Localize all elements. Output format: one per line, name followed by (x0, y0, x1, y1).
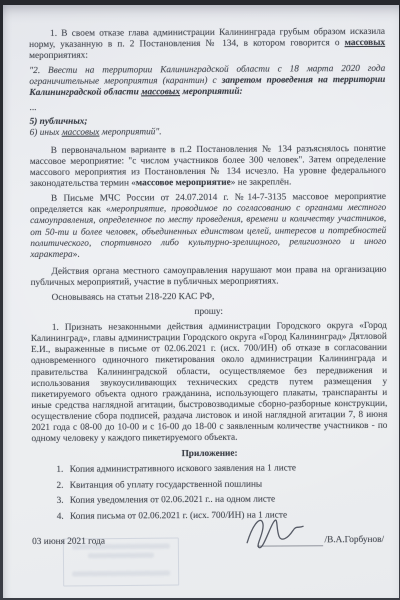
quote-bold-text: мероприятий: (180, 87, 243, 97)
paragraph-text: » не закреплён. (231, 178, 292, 188)
attachment-item: Копия письма от 02.06.2021 г. (исх. 700/… (66, 510, 388, 523)
underlined-massovykh: массовых (62, 127, 100, 137)
footer-row: 03 июня 2021 года /В.А.Горбунов/ (32, 535, 388, 548)
paragraph-original-definition: В первоначальном варианте в п.2 Постанов… (30, 144, 386, 191)
attachment-item: Квитанция об уплату государственной пошл… (66, 479, 388, 492)
document-date: 03 июня 2021 года (32, 537, 105, 549)
document-photo: 1. В своем отказе глава администрации Ка… (0, 0, 400, 600)
paper-sheet: 1. В своем отказе глава администрации Ка… (3, 5, 399, 598)
stamp-faint-line (88, 553, 154, 559)
attachment-item: Копия административного искового заявлен… (66, 463, 388, 476)
request-heading: прошу: (31, 306, 387, 319)
paragraph-rights-violation: Действия органа местного самоуправления … (30, 265, 386, 289)
quote-item-6-other-mass: 6) иных массовых мероприятий". (30, 126, 386, 139)
paragraph-request-1: 1. Признать незаконными действия админис… (31, 321, 388, 445)
quote-resolution-134: "2. Ввести на территории Калининградской… (29, 64, 385, 99)
attachment-item: Копия уведомления от 02.06.2021 г.. на о… (66, 494, 388, 507)
signature-scribble (243, 515, 313, 549)
attachments-list: Копия административного искового заявлен… (50, 463, 388, 523)
quote-text: 6) иных (30, 128, 62, 138)
paragraph-text: мероприятиях: (29, 51, 88, 61)
signature-block: /В.А.Горбунов/ (257, 535, 384, 547)
emphasis-massovykh: массовых (345, 38, 386, 48)
paragraph-text: 1. В своем отказе глава администрации Ка… (29, 27, 385, 50)
document-body: 1. В своем отказе глава администрации Ка… (29, 27, 388, 548)
signature-name: /В.А.Горбунов/ (324, 535, 384, 546)
attachments-heading: Приложение: (32, 448, 388, 461)
paragraph-distortion-claim: 1. В своем отказе глава администрации Ка… (29, 27, 385, 62)
ellipsis-line: ... (29, 100, 385, 113)
quote-text: мероприятий". (99, 127, 161, 137)
stamp-faint-line (72, 571, 170, 577)
emphasis-mass-event-term: массовое мероприятие (136, 178, 231, 189)
paragraph-mchs-letter: В Письме МЧС России от 24.07.2014 г. №14… (30, 192, 386, 261)
paragraph-legal-basis: Основываясь на статьи 218-220 КАС РФ, (31, 291, 387, 304)
paragraph-text: ». (73, 249, 80, 259)
quote-bold-underline-text: массовых (141, 88, 180, 98)
